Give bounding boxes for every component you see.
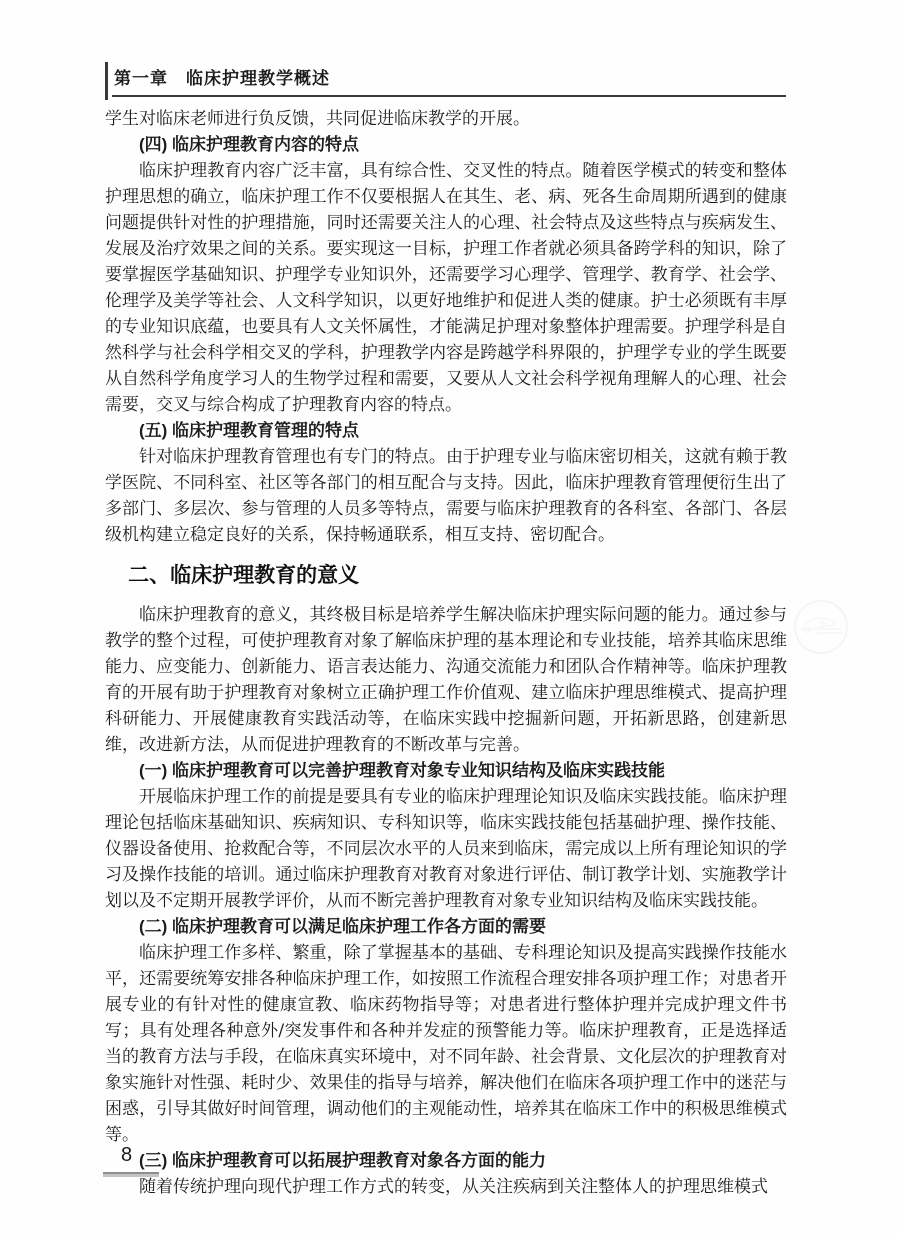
sub-heading: (四) 临床护理教育内容的特点 xyxy=(105,132,787,158)
book-page: 第一章 临床护理教学概述 学生对临床老师进行负反馈，共同促进临床教学的开展。(四… xyxy=(0,0,900,1234)
paragraph: 针对临床护理教育管理也有专门的特点。由于护理专业与临床密切相关，这就有赖于教学医… xyxy=(105,444,787,548)
section-heading: 二、临床护理教育的意义 xyxy=(105,561,787,591)
sub-heading: (三) 临床护理教育可以拓展护理教育对象各方面的能力 xyxy=(105,1148,787,1174)
sub-heading: (二) 临床护理教育可以满足临床护理工作各方面的需要 xyxy=(105,914,787,940)
sub-heading: (五) 临床护理教育管理的特点 xyxy=(105,418,787,444)
paragraph: 临床护理教育内容广泛丰富，具有综合性、交叉性的特点。随着医学模式的转变和整体护理… xyxy=(105,158,787,418)
content-area: 学生对临床老师进行负反馈，共同促进临床教学的开展。(四) 临床护理教育内容的特点… xyxy=(105,106,787,1200)
chapter-accent-bar xyxy=(105,62,108,100)
chapter-title: 第一章 临床护理教学概述 xyxy=(114,69,330,88)
paragraph: 开展临床护理工作的前提是要具有专业的临床护理理论知识及临床实践技能。临床护理理论… xyxy=(105,784,787,914)
paragraph: 临床护理教育的意义，其终极目标是培养学生解决临床护理实际问题的能力。通过参与教学… xyxy=(105,602,787,758)
running-header: 第一章 临床护理教学概述 xyxy=(105,60,786,97)
page-number-rule xyxy=(103,1172,159,1177)
sub-heading: (一) 临床护理教育可以完善护理教育对象专业知识结构及临床实践技能 xyxy=(105,758,787,784)
paragraph: 临床护理工作多样、繁重，除了掌握基本的基础、专科理论知识及提高实践操作技能水平，… xyxy=(105,940,787,1148)
page-number: 8 xyxy=(121,1144,132,1167)
publisher-logo-watermark xyxy=(793,599,849,655)
continuation: 学生对临床老师进行负反馈，共同促进临床教学的开展。 xyxy=(105,106,787,132)
paragraph: 随着传统护理向现代护理工作方式的转变，从关注疾病到关注整体人的护理思维模式 xyxy=(105,1174,787,1200)
chapter-header-rule: 第一章 临床护理教学概述 xyxy=(112,60,786,97)
